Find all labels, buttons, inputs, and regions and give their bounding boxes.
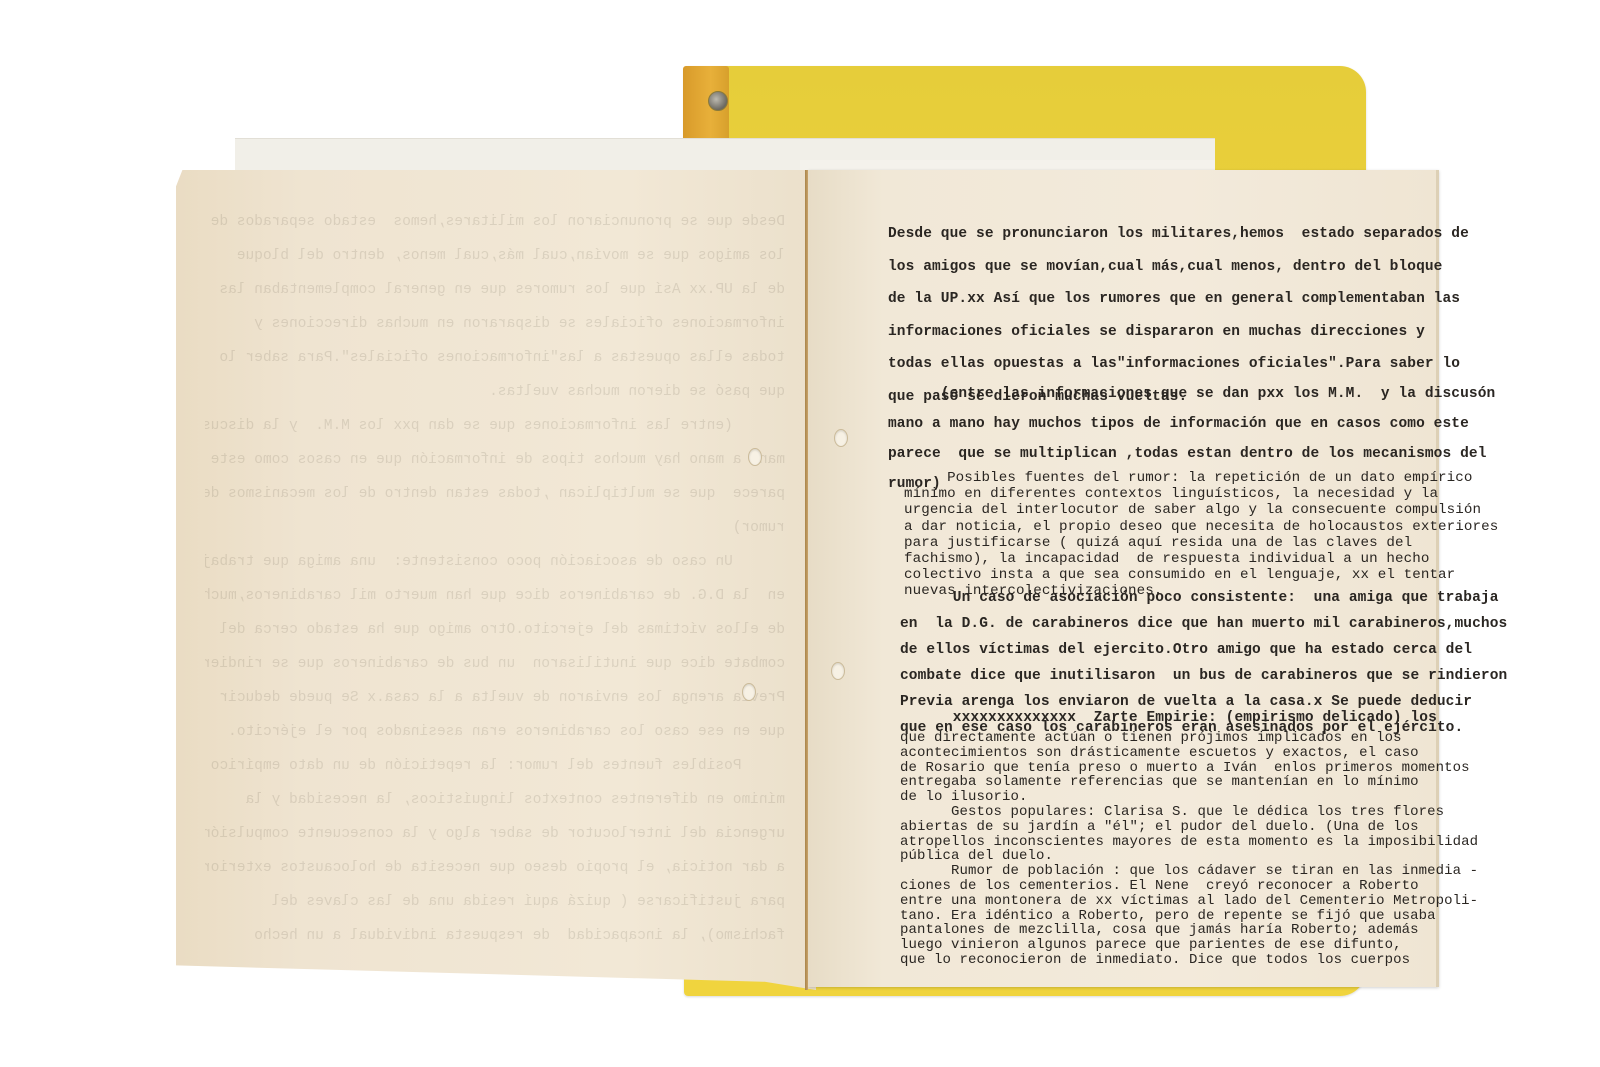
typed-line: para justificarse ( quizá aquí resida un…	[904, 535, 1498, 551]
typed-line: pantalones de mezclilla, cosa que jamás …	[900, 923, 1478, 938]
typed-line: fachismo), la incapacidad de respuesta i…	[904, 551, 1498, 567]
typed-line: todas ellas opuestas a las"informaciones…	[888, 348, 1469, 381]
rivet-icon	[708, 91, 728, 111]
paragraph-fuentes-rumor: Posibles fuentes del rumor: la repetició…	[904, 470, 1498, 600]
typed-line: mano a mano hay muchos tipos de informac…	[888, 409, 1495, 439]
typed-line: tano. Era idéntico a Roberto, pero de re…	[900, 909, 1478, 924]
typed-line: urgencia del interlocutor de saber algo …	[904, 502, 1498, 518]
typed-line: pública del duelo.	[900, 849, 1478, 864]
typed-line: de ellos víctimas del ejercito.Otro amig…	[900, 637, 1507, 663]
punch-hole-left-top	[748, 448, 762, 466]
typed-line: atropellos inconscientes mayores de esta…	[900, 835, 1478, 850]
typed-line: de Rosario que tenía preso o muerto a Iv…	[900, 761, 1478, 776]
typed-line: de lo ilusorio.	[900, 790, 1478, 805]
typed-line: Gestos populares: Clarisa S. que le dédi…	[900, 805, 1478, 820]
page-spine	[805, 170, 808, 990]
typed-line: Un caso de asociación poco consistente: …	[900, 585, 1507, 611]
typed-line: que directamente actúan o tienen prójimo…	[900, 731, 1478, 746]
typed-line: los amigos que se movían,cual más,cual m…	[888, 251, 1469, 284]
punch-hole-left-bottom	[742, 683, 756, 701]
typed-line: mínimo en diferentes contextos linguísti…	[904, 486, 1498, 502]
paragraph-gestos-rumor: que directamente actúan o tienen prójimo…	[900, 731, 1478, 968]
typed-line: luego vinieron algunos parece que parien…	[900, 938, 1478, 953]
typed-line: parece que se multiplican ,todas estan d…	[888, 439, 1495, 469]
typed-line: Rumor de población : que los cádaver se …	[900, 864, 1478, 879]
typed-line: entregaba solamente referencias que se m…	[900, 775, 1478, 790]
typed-line: abiertas de su jardín a "él"; el pudor d…	[900, 820, 1478, 835]
paragraph-zarte-empirie-heading: xxxxxxxxxxxxxx Zarte Empirie: (empirismo…	[900, 706, 1437, 730]
typed-line: combate dice que inutilisaron un bus de …	[900, 663, 1507, 689]
typed-line: a dar noticia, el propio deseo que neces…	[904, 519, 1498, 535]
typed-line: Desde que se pronunciaron los militares,…	[888, 218, 1469, 251]
typed-line: xxxxxxxxxxxxxx Zarte Empirie: (empirismo…	[900, 706, 1437, 730]
typed-line: acontecimientos son drásticamente escuet…	[900, 746, 1478, 761]
typed-line: informaciones oficiales se dispararon en…	[888, 316, 1469, 349]
typed-line: Posibles fuentes del rumor: la repetició…	[904, 470, 1498, 486]
typed-line: de la UP.xx Así que los rumores que en g…	[888, 283, 1469, 316]
typed-line: colectivo insta a que sea consumido en e…	[904, 567, 1498, 583]
punch-hole-right-top	[834, 429, 848, 447]
typed-line: que lo reconocieron de inmediato. Dice q…	[900, 953, 1478, 968]
typed-line: ciones de los cementerios. El Nene creyó…	[900, 879, 1478, 894]
left-page-bleedthrough-text: Desde que se pronunciaron los militares,…	[205, 205, 785, 953]
punch-hole-right-bottom	[831, 662, 845, 680]
typed-line: en la D.G. de carabineros dice que han m…	[900, 611, 1507, 637]
typed-line: (entre las informaciones que se dan pxx …	[888, 379, 1495, 409]
typed-line: entre una montonera de xx víctimas al la…	[900, 894, 1478, 909]
